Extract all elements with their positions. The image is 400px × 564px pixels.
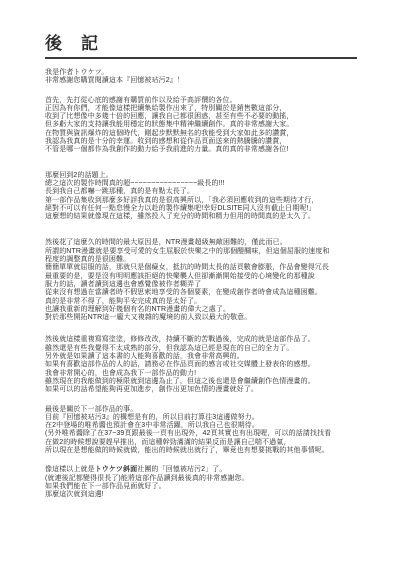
text-line: 簡簡單單就屈服的話，那就只是個癡女，抵抗的時間太長的話頁數會膨脹，作品會變得冗長 — [45, 264, 362, 272]
text-line: 長到我自己都嚇一跳那種，真的是有點太長了。 — [45, 188, 362, 196]
text-line: 像這樣以上就是トウケツ斜面社團的「回憶被玷污2」了。 — [45, 466, 362, 474]
text-line: 絕對不可以有任何一點怠慢全力以赴的製作續集吧!幸好DLSITE同人沒有截止日期呢… — [45, 205, 362, 213]
paragraph-thanks: 首先，先打從心底的感謝有購買前作以及給予高評價的各位。 正因為有你們，才能像這樣… — [45, 97, 362, 155]
text-line: 這麼想的結果就像現在這樣，雖然投入了充分的時間和精力但用的時間真的是太久了。 — [45, 213, 362, 221]
text-line: 我會非常開心的，也會成為我下一部作品的動力! — [45, 370, 362, 378]
circle-name: トウケツ斜面 — [95, 466, 138, 473]
text-line: 所謂的NTR漫畫就是要享受可愛的女生屈服於快樂之中的那個醍醐味，但這個屈服的速度… — [45, 248, 362, 256]
text-line: 那麼這次就到這邊! — [45, 491, 362, 499]
text-line: 真的是非常不得了，能夠平安完成真的是太好了。 — [45, 298, 362, 306]
paragraph-completion: 然後就這樣重複寫寫塗塗，修修改改，持續不斷的苦戰過後，完成的就是這部作品了。 雖… — [45, 336, 362, 394]
page-title: 後 記 — [45, 34, 362, 54]
text-line: (就連後記都變得很長了)能將這部作品讀到最後真的非常感謝您。 — [45, 475, 362, 483]
text-line: 也讓我重新的理解到好幾個有名的NTR漫畫的偉大之處了。 — [45, 306, 362, 314]
text-line: 從來沒有想過在當讀者時不假思索地享受的各個要素，在變成創作者時會成為這種困難。 — [45, 289, 362, 297]
text-line: 雖然現在的我能做到的極限就到這邊為止了，但這之後也還是會繼續創作色情漫畫的。 — [45, 378, 362, 386]
text-line: 如果可以的話希望能夠再更加進步，創作出更加色情的漫畫就好了。 — [45, 386, 362, 394]
text-line: 那麼回到2的話題上。 — [45, 172, 362, 180]
text-line: 如果有喜歡這部作品的人的話，請務必在作品頁面的感言或社交媒體上發表你的感想。 — [45, 361, 362, 369]
text-line: 目前『回憶被玷污3』的構想是有的，所以目前打算往3這邊做努力。 — [45, 414, 362, 422]
text-line: 服力的話，讀者讀到這邊也會感覺像被作者糊弄了 — [45, 281, 362, 289]
closing-prefix: 像這樣以上就是 — [45, 466, 95, 473]
text-line: 但多虧大家的支持讓我能用穩定的狀態集中精神繼續創作。真的非常感謝大家。 — [45, 121, 362, 129]
text-line: 第一部作品集收到那麼多好評我真的是很高興所以，「我必須回應收到的這些期待才行， — [45, 197, 362, 205]
closing-suffix: 社團的「回憶被玷污2」了。 — [137, 466, 226, 473]
afterword-page: 後 記 我是作者トウケツ。 非常感謝您購買閱讀這本『回憶被玷污2』！ 首先，先打… — [0, 0, 400, 564]
paragraph-ntr-difficulty: 然後花了這麼久的時間的最大原因是，NTR漫畫超級無敵困難的，僅此而已。 所謂的N… — [45, 239, 362, 322]
text-line: 對於那些開拓NTR這一龐大又複雜的魔境的前人致以最大的敬意。 — [45, 314, 362, 322]
text-line: 非常感謝您購買閱讀這本『回憶被玷污2』！ — [45, 77, 362, 85]
text-line: 正因為有你們，才能像這樣把續集給製作出來了，特別關於是銷售數這部分， — [45, 105, 362, 113]
text-line: (另外唯希醬除了在37~39頁跟最後一頁有出現外，42頁其實也有出現喔，可以的話… — [45, 430, 362, 438]
title-underline — [45, 57, 357, 59]
paragraph-intro: 我是作者トウケツ。 非常感謝您購買閱讀這本『回憶被玷污2』！ — [45, 69, 362, 86]
text-line: 最後是關於下一部作品的事。 — [45, 406, 362, 414]
text-line: 所以現在是想能做的時候就做，能出的時候就出就行了，畢竟也有想要挑戰的其他事情呢。 — [45, 447, 362, 455]
text-line: 然後就這樣重複寫寫塗塗，修修改改，持續不斷的苦戰過後，完成的就是這部作品了。 — [45, 336, 362, 344]
text-line: 如果我們能在下一部作品見面就好了。 — [45, 483, 362, 491]
text-line: 最重要的是，要是沒有明明應該拒絕的快樂襲人但卻漸漸開始接受的心境變化的那種說 — [45, 273, 362, 281]
paragraph-closing: 像這樣以上就是トウケツ斜面社團的「回憶被玷污2」了。 (就連後記都變得很長了)能… — [45, 466, 362, 499]
text-line: 在物質與資訊爆炸的這個時代，剛起步默默無名的我能受到大家如此多的讚賞， — [45, 130, 362, 138]
text-line: 在做2的時候想說要趕早推出，而這種幹勁滿滿的結果反而是讓自己喘不過氣， — [45, 439, 362, 447]
paragraph-production: 那麼回到2的話題上。 總之這次的製作時間真的超~~~~~~~~~~~~~~~~級… — [45, 172, 362, 222]
text-line: 然後花了這麼久的時間的最大原因是，NTR漫畫超級無敵困難的，僅此而已。 — [45, 239, 362, 247]
text-line: 首先，先打從心底的感謝有購買前作以及給予高評價的各位。 — [45, 97, 362, 105]
text-line: 雖然還是有些我覺得不太成熟的部分，但我認為這已經是現在的自己的全力了。 — [45, 345, 362, 353]
paragraph-next-work: 最後是關於下一部作品的事。 目前『回憶被玷污3』的構想是有的，所以目前打算往3這… — [45, 406, 362, 456]
text-line: 不管是哪一個都作為我創作的動力給予我前進的力量。真的真的非常感謝各位! — [45, 146, 362, 154]
